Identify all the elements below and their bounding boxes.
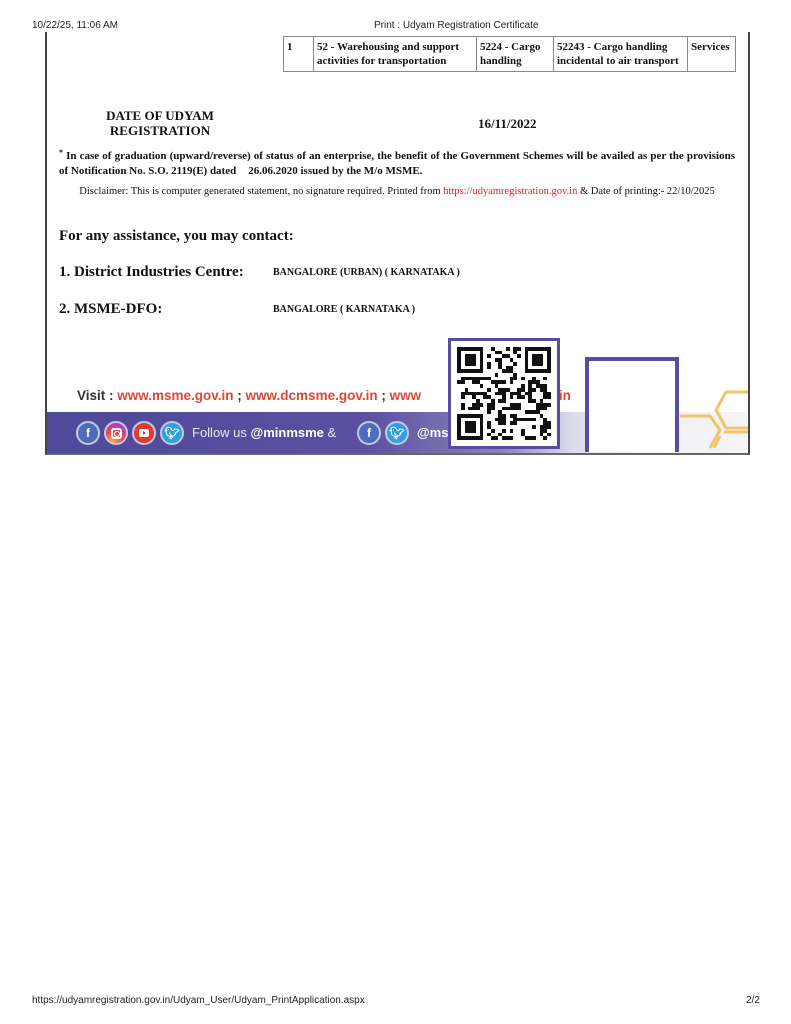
activity-cell: Services	[688, 37, 736, 72]
follow-us-text: Follow us @minmsme &	[192, 425, 336, 440]
print-datetime: 10/22/25, 11:06 AM	[32, 20, 118, 31]
qr-code-matrix	[457, 347, 551, 440]
table-row: 1 52 - Warehousing and support activitie…	[284, 37, 736, 72]
third-site-link[interactable]: www	[390, 388, 422, 403]
twitter-icon[interactable]: 🐦︎	[160, 421, 184, 445]
note-marker: *	[59, 148, 63, 157]
facebook-icon[interactable]: f	[76, 421, 100, 445]
instagram-icon[interactable]	[104, 421, 128, 445]
nic-5-digit-cell: 52243 - Cargo handling incidental to air…	[554, 37, 688, 72]
photo-placeholder-box	[585, 357, 679, 452]
contact-msme-dfo-label: 2. MSME-DFO:	[59, 301, 162, 318]
dcmsme-site-link[interactable]: www.dcmsme.gov.in	[246, 388, 378, 403]
disclaimer-suffix: & Date of printing:- 22/10/2025	[577, 186, 714, 197]
note-text-2: 26.06.2020 issued by the M/o MSME.	[248, 165, 422, 177]
print-url: https://udyamregistration.gov.in/Udyam_U…	[32, 995, 365, 1006]
msme-site-link[interactable]: www.msme.gov.in	[117, 388, 233, 403]
graduation-note: * In case of graduation (upward/reverse)…	[59, 149, 735, 179]
contact-msme-dfo-value: BANGALORE ( KARNATAKA )	[273, 304, 415, 315]
facebook-icon[interactable]: f	[357, 421, 381, 445]
nic-code-table: 1 52 - Warehousing and support activitie…	[283, 36, 736, 72]
print-title: Print : Udyam Registration Certificate	[374, 20, 539, 31]
visit-label: Visit :	[77, 388, 117, 403]
nic-2-digit-cell: 52 - Warehousing and support activities …	[314, 37, 477, 72]
twitter-icon[interactable]: 🐦︎	[385, 421, 409, 445]
disclaimer-prefix: Disclaimer: This is computer generated s…	[79, 186, 443, 197]
handle-secondary: @ms	[417, 425, 448, 440]
handle-minmsme: @minmsme	[251, 425, 324, 440]
disclaimer: Disclaimer: This is computer generated s…	[59, 185, 735, 198]
registration-date-value: 16/11/2022	[478, 116, 537, 132]
nic-4-digit-cell: 5224 - Cargo handling	[477, 37, 554, 72]
qr-code	[448, 338, 560, 449]
contact-dic-value: BANGALORE (URBAN) ( KARNATAKA )	[273, 267, 460, 278]
contact-dic-label: 1. District Industries Centre:	[59, 264, 244, 281]
page-number: 2/2	[746, 995, 760, 1006]
assistance-title: For any assistance, you may contact:	[59, 228, 294, 245]
sno-cell: 1	[284, 37, 314, 72]
youtube-icon[interactable]	[132, 421, 156, 445]
separator: ;	[234, 388, 246, 403]
hexagon-decoration-icon	[680, 380, 748, 452]
registration-date-label: DATE OF UDYAM REGISTRATION	[95, 108, 225, 138]
udyam-portal-link[interactable]: https://udyamregistration.gov.in	[443, 186, 577, 197]
separator: ;	[378, 388, 390, 403]
